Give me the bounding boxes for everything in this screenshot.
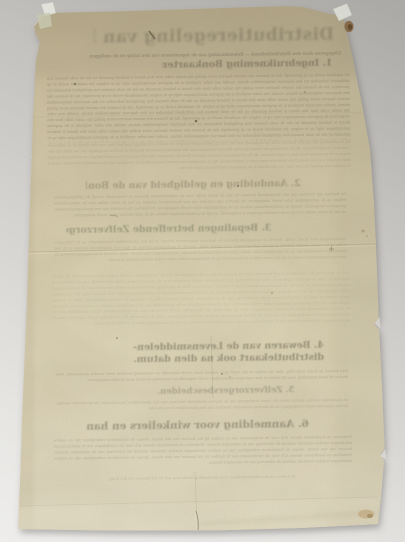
speck: [74, 83, 76, 85]
brown-dot: [366, 235, 368, 237]
brown-dot: [362, 230, 365, 233]
stain-bottom-right-dark: [367, 514, 373, 518]
speck: [271, 292, 273, 294]
photo-background: Distributieregeling van brood. Uitgegeve…: [0, 0, 405, 542]
speck: [116, 337, 118, 339]
speck: [221, 373, 223, 375]
paper-texture-grain: [0, 0, 405, 542]
tear-stain-top-right-dark: [348, 24, 353, 30]
speck: [229, 376, 230, 377]
speck: [304, 91, 306, 93]
paper-photo: [0, 0, 405, 542]
speck: [237, 185, 239, 187]
edge-nick-light: [30, 156, 32, 158]
speck: [195, 120, 198, 123]
